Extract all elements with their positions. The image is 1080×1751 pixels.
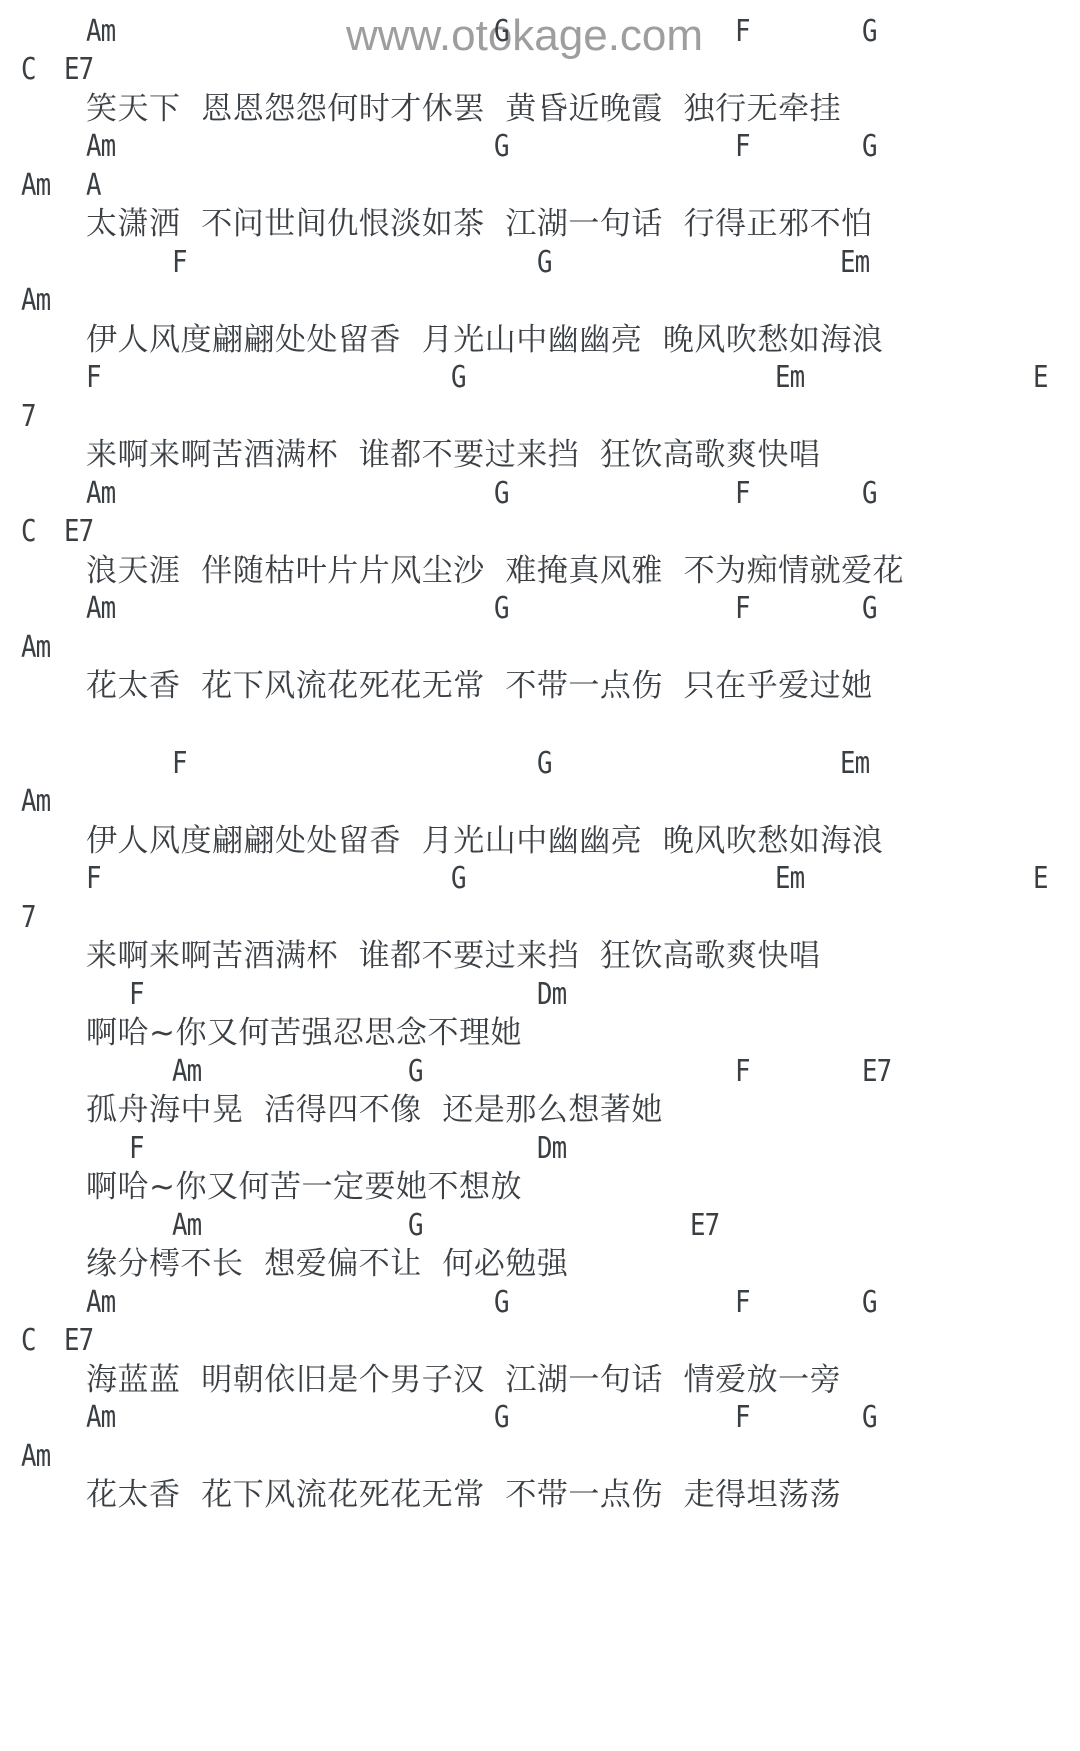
chord-symbol: F	[735, 13, 750, 51]
lyric-line: 啊哈~你又何苦强忍思念不理她	[0, 1014, 1080, 1052]
chord-symbol: Am	[21, 282, 50, 320]
chord-line: FDm	[0, 1130, 1080, 1168]
chord-symbol: F	[86, 860, 101, 898]
lyric-text: 浪天涯 伴随枯叶片片风尘沙 难掩真风雅 不为痴情就爱花	[86, 552, 904, 590]
chord-symbol: G	[408, 1207, 423, 1245]
chord-symbol: C	[21, 513, 36, 551]
chord-symbol: Dm	[537, 976, 566, 1014]
chord-line: AmGFE7	[0, 1053, 1080, 1091]
lyric-text: 来啊来啊苦酒满杯 谁都不要过来挡 狂饮高歌爽快唱	[86, 436, 820, 474]
chord-line: AmGFG	[0, 590, 1080, 628]
chord-symbol: G	[494, 1399, 509, 1437]
chord-line: AmGE7	[0, 1207, 1080, 1245]
lyric-line: 浪天涯 伴随枯叶片片风尘沙 难掩真风雅 不为痴情就爱花	[0, 552, 1080, 590]
chord-symbol: E7	[690, 1207, 719, 1245]
chord-symbol: Em	[840, 745, 869, 783]
chord-line: Am	[0, 1438, 1080, 1476]
lyric-line: 伊人风度翩翩处处留香 月光山中幽幽亮 晚风吹愁如海浪	[0, 321, 1080, 359]
chord-line: FGEmE	[0, 860, 1080, 898]
chord-line: AmGFG	[0, 128, 1080, 166]
chord-symbol: Am	[21, 167, 50, 205]
chord-symbol: Em	[775, 860, 804, 898]
chord-symbol: F	[735, 1399, 750, 1437]
chord-line: FGEm	[0, 745, 1080, 783]
chord-symbol: F	[129, 1130, 144, 1168]
lyric-line: 太潇洒 不问世间仇恨淡如茶 江湖一句话 行得正邪不怕	[0, 205, 1080, 243]
lyric-line: 花太香 花下风流花死花无常 不带一点伤 走得坦荡荡	[0, 1476, 1080, 1514]
lyric-text: 花太香 花下风流花死花无常 不带一点伤 走得坦荡荡	[86, 1476, 841, 1514]
chord-symbol: G	[451, 359, 466, 397]
chord-symbol: G	[494, 590, 509, 628]
chord-symbol: Am	[21, 783, 50, 821]
lyric-text: 花太香 花下风流花死花无常 不带一点伤 只在乎爱过她	[86, 667, 873, 705]
chord-symbol: G	[451, 860, 466, 898]
chord-sheet: www.otokage.com AmGFGCE7笑天下 恩恩怨怨何时才休罢 黄昏…	[0, 0, 1080, 1751]
chord-symbol: E	[1033, 359, 1048, 397]
chord-symbol: E7	[64, 513, 93, 551]
chord-symbol: 7	[21, 899, 36, 937]
chord-symbol: G	[862, 475, 877, 513]
chord-line: AmGFG	[0, 475, 1080, 513]
lyric-text: 啊哈~你又何苦一定要她不想放	[86, 1168, 522, 1206]
chord-line: 7	[0, 398, 1080, 436]
chord-symbol: C	[21, 51, 36, 89]
chord-line: CE7	[0, 513, 1080, 551]
chord-line: FGEm	[0, 244, 1080, 282]
chord-symbol: G	[494, 475, 509, 513]
lyric-line: 缘分樗不长 想爱偏不让 何必勉强	[0, 1245, 1080, 1283]
lyric-line: 孤舟海中晃 活得四不像 还是那么想著她	[0, 1091, 1080, 1129]
chord-symbol: Am	[86, 128, 115, 166]
lyric-text: 伊人风度翩翩处处留香 月光山中幽幽亮 晚风吹愁如海浪	[86, 822, 883, 860]
chord-line: AmGFG	[0, 13, 1080, 51]
chord-symbol: F	[129, 976, 144, 1014]
chord-symbol: Em	[775, 359, 804, 397]
chord-symbol: F	[735, 128, 750, 166]
chord-line: Am	[0, 629, 1080, 667]
chord-symbol: Dm	[537, 1130, 566, 1168]
chord-symbol: 7	[21, 398, 36, 436]
chord-symbol: G	[537, 244, 552, 282]
chord-symbol: F	[172, 745, 187, 783]
lyric-text: 太潇洒 不问世间仇恨淡如茶 江湖一句话 行得正邪不怕	[86, 205, 873, 243]
chord-symbol: Am	[172, 1053, 201, 1091]
lyric-line: 伊人风度翩翩处处留香 月光山中幽幽亮 晚风吹愁如海浪	[0, 822, 1080, 860]
chord-symbol: G	[862, 1399, 877, 1437]
chord-line: AmGFG	[0, 1399, 1080, 1437]
chord-symbol: G	[408, 1053, 423, 1091]
chord-line: Am	[0, 783, 1080, 821]
chord-symbol: G	[862, 590, 877, 628]
chord-symbol: Am	[21, 1438, 50, 1476]
chord-symbol: F	[735, 1284, 750, 1322]
chord-symbol: Am	[86, 13, 115, 51]
chord-symbol: G	[862, 13, 877, 51]
chord-symbol: Am	[21, 629, 50, 667]
chord-symbol: Am	[86, 475, 115, 513]
lyric-line: 啊哈~你又何苦一定要她不想放	[0, 1168, 1080, 1206]
chord-symbol: C	[21, 1322, 36, 1360]
chord-symbol: G	[494, 1284, 509, 1322]
chord-line: AmA	[0, 167, 1080, 205]
lyric-line: 花太香 花下风流花死花无常 不带一点伤 只在乎爱过她	[0, 667, 1080, 705]
chord-line: FDm	[0, 976, 1080, 1014]
chord-symbol: G	[862, 128, 877, 166]
chord-symbol: E	[1033, 860, 1048, 898]
lyric-text: 孤舟海中晃 活得四不像 还是那么想著她	[86, 1091, 663, 1129]
chord-symbol: G	[537, 745, 552, 783]
chord-symbol: E7	[862, 1053, 891, 1091]
chord-symbol: F	[735, 1053, 750, 1091]
chord-symbol: F	[86, 359, 101, 397]
chord-line: FGEmE	[0, 359, 1080, 397]
lyric-text: 笑天下 恩恩怨怨何时才休罢 黄昏近晚霞 独行无牵挂	[86, 90, 841, 128]
chord-symbol: G	[862, 1284, 877, 1322]
chord-symbol: Am	[172, 1207, 201, 1245]
chord-symbol: E7	[64, 51, 93, 89]
chord-symbol: G	[494, 128, 509, 166]
lyric-text: 海蓝蓝 明朝依旧是个男子汉 江湖一句话 情爱放一旁	[86, 1361, 841, 1399]
chord-symbol: A	[86, 167, 101, 205]
chord-line: AmGFG	[0, 1284, 1080, 1322]
chord-symbol: E7	[64, 1322, 93, 1360]
chord-symbol: Am	[86, 1399, 115, 1437]
lyric-text: 伊人风度翩翩处处留香 月光山中幽幽亮 晚风吹愁如海浪	[86, 321, 883, 359]
lyric-line: 来啊来啊苦酒满杯 谁都不要过来挡 狂饮高歌爽快唱	[0, 937, 1080, 975]
chord-symbol: G	[494, 13, 509, 51]
chord-symbol: F	[735, 590, 750, 628]
chord-symbol: Am	[86, 1284, 115, 1322]
chord-line: CE7	[0, 1322, 1080, 1360]
chord-symbol: F	[735, 475, 750, 513]
lyric-text: 啊哈~你又何苦强忍思念不理她	[86, 1014, 522, 1052]
lyric-line: 来啊来啊苦酒满杯 谁都不要过来挡 狂饮高歌爽快唱	[0, 436, 1080, 474]
chord-symbol: F	[172, 244, 187, 282]
chord-line: CE7	[0, 51, 1080, 89]
lyric-text: 来啊来啊苦酒满杯 谁都不要过来挡 狂饮高歌爽快唱	[86, 937, 820, 975]
lyric-text: 缘分樗不长 想爱偏不让 何必勉强	[86, 1245, 568, 1283]
chord-line: Am	[0, 282, 1080, 320]
chord-line: 7	[0, 899, 1080, 937]
lyric-line: 海蓝蓝 明朝依旧是个男子汉 江湖一句话 情爱放一旁	[0, 1361, 1080, 1399]
lyric-line: 笑天下 恩恩怨怨何时才休罢 黄昏近晚霞 独行无牵挂	[0, 90, 1080, 128]
chord-symbol: Am	[86, 590, 115, 628]
chord-symbol: Em	[840, 244, 869, 282]
